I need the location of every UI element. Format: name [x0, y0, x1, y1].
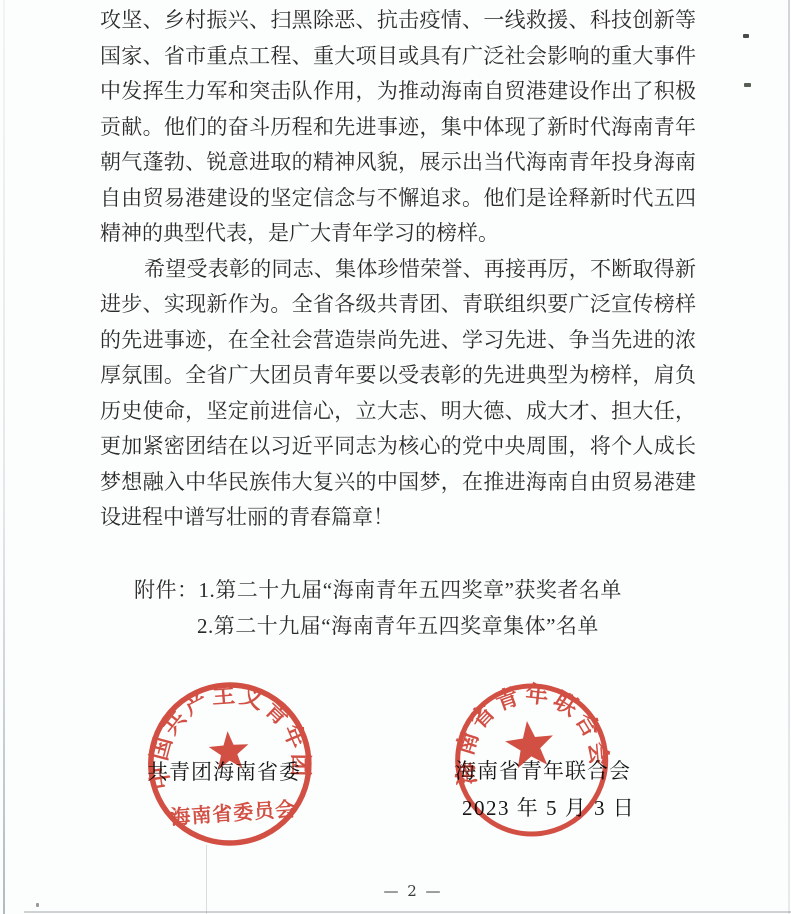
body-line: 梦想融入中华民族伟大复兴的中国梦，在推进海南自由贸易港建 — [100, 465, 696, 501]
body-line: 贡献。他们的奋斗历程和先进事迹，集中体现了新时代海南青年 — [100, 110, 696, 146]
body-line: 进步、实现新作为。全省各级共青团、青联组织要广泛宣传榜样 — [100, 287, 696, 323]
body-line: 厚氛围。全省广大团员青年要以受表彰的先进典型为榜样，肩负 — [100, 358, 696, 394]
scan-edge-line — [24, 911, 791, 913]
page-number: — 2 — — [357, 882, 469, 900]
scan-edge-line — [788, 0, 790, 914]
body-line: 的先进事迹，在全社会营造崇尚先进、学习先进、争当先进的浓 — [100, 323, 696, 359]
attachment-list: 附件：1.第二十九届“海南青年五四奖章”获奖者名单 2.第二十九届“海南青年五四… — [134, 573, 622, 644]
scan-artifact — [221, 95, 224, 98]
attachment-item-2: 2.第二十九届“海南青年五四奖章集体”名单 — [134, 609, 622, 645]
body-line: 设进程中谱写壮丽的青春篇章！ — [100, 500, 696, 536]
star-icon — [503, 718, 556, 769]
body-line: 攻坚、乡村振兴、扫黑除恶、抗击疫情、一线救援、科技创新等 — [100, 3, 696, 39]
body-line: 自由贸易港建设的坚定信念与不懈追求。他们是诠释新时代五四 — [100, 181, 696, 217]
seal-youth-federation: 海南省青年联合会 — [440, 669, 623, 857]
attachment-item-1: 附件：1.第二十九届“海南青年五四奖章”获奖者名单 — [134, 573, 622, 609]
scan-artifact — [36, 903, 39, 907]
scan-artifact — [744, 83, 751, 87]
scan-edge-line — [3, 0, 5, 914]
body-line: 希望受表彰的同志、集体珍惜荣誉、再接再厉，不断取得新 — [100, 252, 696, 288]
star-icon — [208, 730, 250, 770]
body-line: 中发挥生力军和突击队作用，为推动海南自贸港建设作出了积极 — [100, 74, 696, 110]
body-line: 更加紧密团结在以习近平同志为核心的党中央周围，将个人成长 — [100, 429, 696, 465]
body-text: 攻坚、乡村振兴、扫黑除恶、抗击疫情、一线救援、科技创新等 国家、省市重点工程、重… — [100, 3, 696, 536]
document-page: 攻坚、乡村振兴、扫黑除恶、抗击疫情、一线救援、科技创新等 国家、省市重点工程、重… — [0, 0, 791, 914]
scan-artifact — [743, 34, 749, 38]
body-line: 国家、省市重点工程、重大项目或具有广泛社会影响的重大事件 — [100, 39, 696, 75]
body-line: 朝气蓬勃、锐意进取的精神风貌，展示出当代海南青年投身海南 — [100, 145, 696, 181]
seal-cyl-hainan: 中国共产主义青年团 海南省委员会 — [136, 670, 324, 863]
body-line: 精神的典型代表，是广大青年学习的榜样。 — [100, 216, 696, 252]
body-line: 历史使命，坚定前进信心，立大志、明大德、成大才、担大任， — [100, 394, 696, 430]
